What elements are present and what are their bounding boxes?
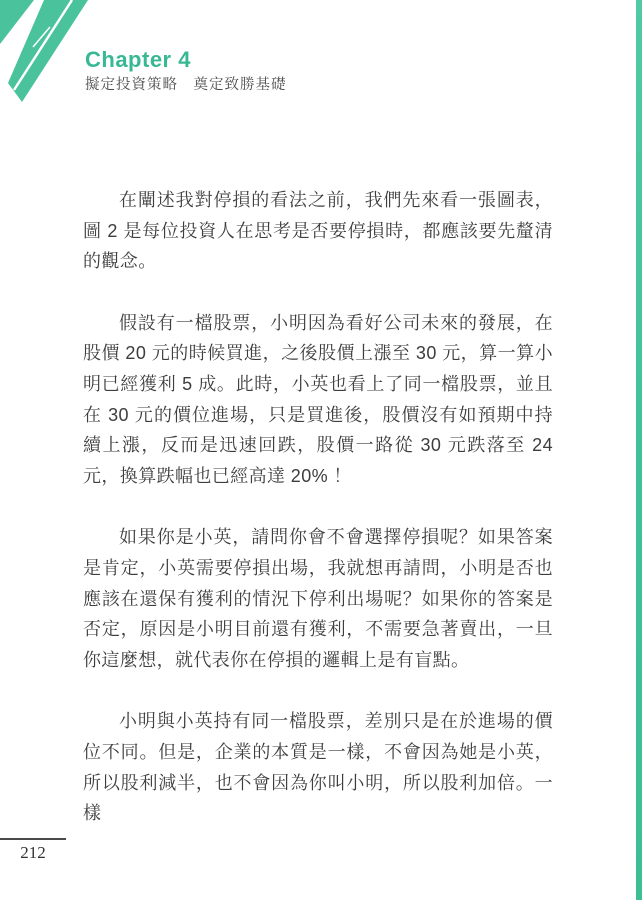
chapter-heading: Chapter 4 擬定投資策略 奠定致勝基礎 — [85, 48, 287, 94]
page-edge-strip — [636, 0, 642, 900]
body-text: 在闡述我對停損的看法之前，我們先來看一張圖表，圖 2 是每位投資人在思考是否要停… — [83, 185, 553, 860]
book-page: Chapter 4 擬定投資策略 奠定致勝基礎 在闡述我對停損的看法之前，我們先… — [0, 0, 642, 900]
paragraph-1: 在闡述我對停損的看法之前，我們先來看一張圖表，圖 2 是每位投資人在思考是否要停… — [83, 185, 553, 277]
footer-rule — [0, 838, 66, 840]
paragraph-4: 小明與小英持有同一檔股票，差別只是在於進場的價位不同。但是，企業的本質是一樣，不… — [83, 706, 553, 828]
chapter-number-label: Chapter 4 — [85, 48, 287, 72]
page-number: 212 — [0, 843, 66, 863]
chapter-subtitle: 擬定投資策略 奠定致勝基礎 — [85, 76, 287, 94]
paragraph-3: 如果你是小英，請問你會不會選擇停損呢？如果答案是肯定，小英需要停損出場，我就想再… — [83, 522, 553, 675]
paragraph-2: 假設有一檔股票，小明因為看好公司未來的發展，在股價 20 元的時候買進，之後股價… — [83, 308, 553, 492]
